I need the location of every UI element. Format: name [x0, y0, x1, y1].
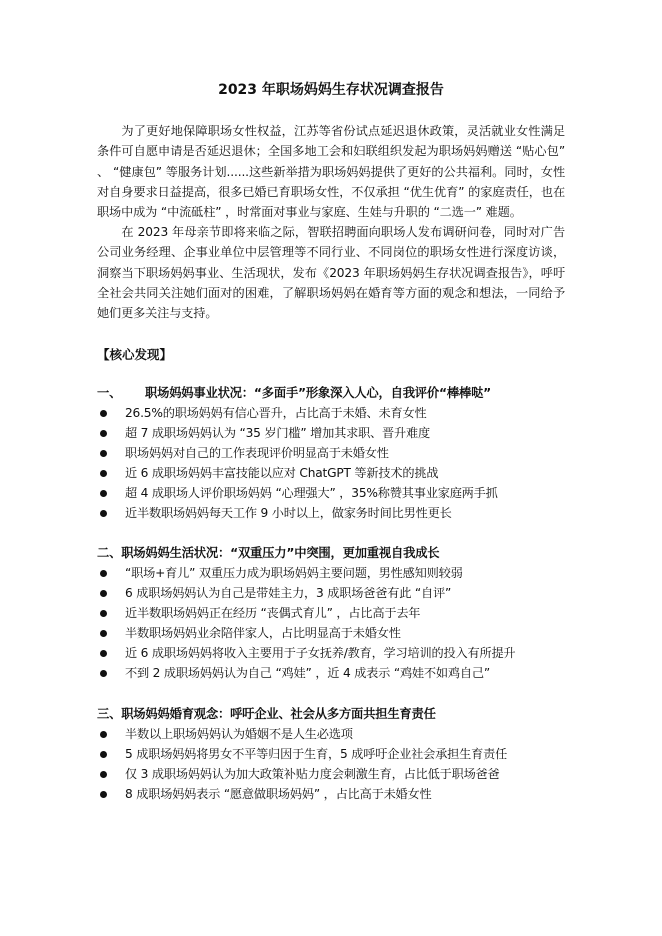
bullet-icon — [100, 430, 107, 437]
list-item: 仅 3 成职场妈妈认为加大政策补贴力度会刺激生育，占比低于职场爸爸 — [97, 764, 507, 784]
section-number: 三、 — [97, 707, 121, 721]
bullet-icon — [100, 791, 107, 798]
bullet-icon — [100, 650, 107, 657]
intro-paragraph-2: 在 2023 年母亲节即将来临之际，智联招聘面向职场人发布调研问卷，同时对广告公… — [97, 222, 565, 323]
list-item: 不到 2 成职场妈妈认为自己 “鸡娃” ，近 4 成表示 “鸡娃不如鸡自己” — [97, 663, 515, 683]
list-item: 近 6 成职场妈妈丰富技能以应对 ChatGPT 等新技术的挑战 — [97, 463, 498, 483]
list-item: “职场+育儿” 双重压力成为职场妈妈主要问题，男性感知则较弱 — [97, 563, 515, 583]
section-number: 一、 — [97, 383, 145, 403]
section-heading-career: 一、职场妈妈事业状况：“多面手”形象深入人心，自我评价“棒棒哒” — [97, 383, 491, 403]
bullet-icon — [100, 771, 107, 778]
list-item: 超 4 成职场人评价职场妈妈 “心理强大” ，35%称赞其事业家庭两手抓 — [97, 483, 498, 503]
bullet-icon — [100, 751, 107, 758]
section-heading-life: 二、职场妈妈生活状况：“双重压力”中突围，更加重视自我成长 — [97, 543, 439, 563]
bullet-icon — [100, 670, 107, 677]
life-findings-list: “职场+育儿” 双重压力成为职场妈妈主要问题，男性感知则较弱 6 成职场妈妈认为… — [97, 563, 515, 683]
bullet-icon — [100, 410, 107, 417]
list-item: 半数以上职场妈妈认为婚姻不是人生必选项 — [97, 724, 507, 744]
bullet-icon — [100, 490, 107, 497]
marriage-findings-list: 半数以上职场妈妈认为婚姻不是人生必选项 5 成职场妈妈将男女不平等归因于生育，5… — [97, 724, 507, 804]
list-item: 8 成职场妈妈表示 “愿意做职场妈妈” ，占比高于未婚女性 — [97, 784, 507, 804]
section-heading-marriage: 三、职场妈妈婚育观念：呼吁企业、社会从多方面共担生育责任 — [97, 704, 436, 724]
list-item: 5 成职场妈妈将男女不平等归因于生育，5 成呼吁企业社会承担生育责任 — [97, 744, 507, 764]
bullet-icon — [100, 630, 107, 637]
list-item: 近半数职场妈妈每天工作 9 小时以上，做家务时间比男性更长 — [97, 503, 498, 523]
bullet-icon — [100, 610, 107, 617]
bullet-icon — [100, 570, 107, 577]
section-heading-text: 职场妈妈事业状况：“多面手”形象深入人心，自我评价“棒棒哒” — [145, 386, 491, 400]
bullet-icon — [100, 470, 107, 477]
list-item: 职场妈妈对自己的工作表现评价明显高于未婚女性 — [97, 443, 498, 463]
list-item: 26.5%的职场妈妈有信心晋升，占比高于未婚、未育女性 — [97, 403, 498, 423]
section-heading-text: 职场妈妈生活状况：“双重压力”中突围，更加重视自我成长 — [121, 546, 439, 560]
bullet-icon — [100, 450, 107, 457]
bullet-icon — [100, 590, 107, 597]
list-item: 超 7 成职场妈妈认为 “35 岁门槛” 增加其求职、晋升难度 — [97, 423, 498, 443]
intro-paragraph-1: 为了更好地保障职场女性权益，江苏等省份试点延迟退休政策，灵活就业女性满足条件可自… — [97, 121, 565, 222]
career-findings-list: 26.5%的职场妈妈有信心晋升，占比高于未婚、未育女性 超 7 成职场妈妈认为 … — [97, 403, 498, 523]
bullet-icon — [100, 510, 107, 517]
bullet-icon — [100, 731, 107, 738]
section-number: 二、 — [97, 546, 121, 560]
document-title: 2023 年职场妈妈生存状况调查报告 — [97, 80, 565, 100]
list-item: 近 6 成职场妈妈将收入主要用于子女抚养/教育，学习培训的投入有所提升 — [97, 643, 515, 663]
core-findings-label: 【核心发现】 — [97, 345, 172, 365]
section-heading-text: 职场妈妈婚育观念：呼吁企业、社会从多方面共担生育责任 — [121, 707, 436, 721]
list-item: 半数职场妈妈业余陪伴家人，占比明显高于未婚女性 — [97, 623, 515, 643]
list-item: 6 成职场妈妈认为自己是带娃主力，3 成职场爸爸有此 “自评” — [97, 583, 515, 603]
list-item: 近半数职场妈妈正在经历 “丧偶式育儿” ，占比高于去年 — [97, 603, 515, 623]
